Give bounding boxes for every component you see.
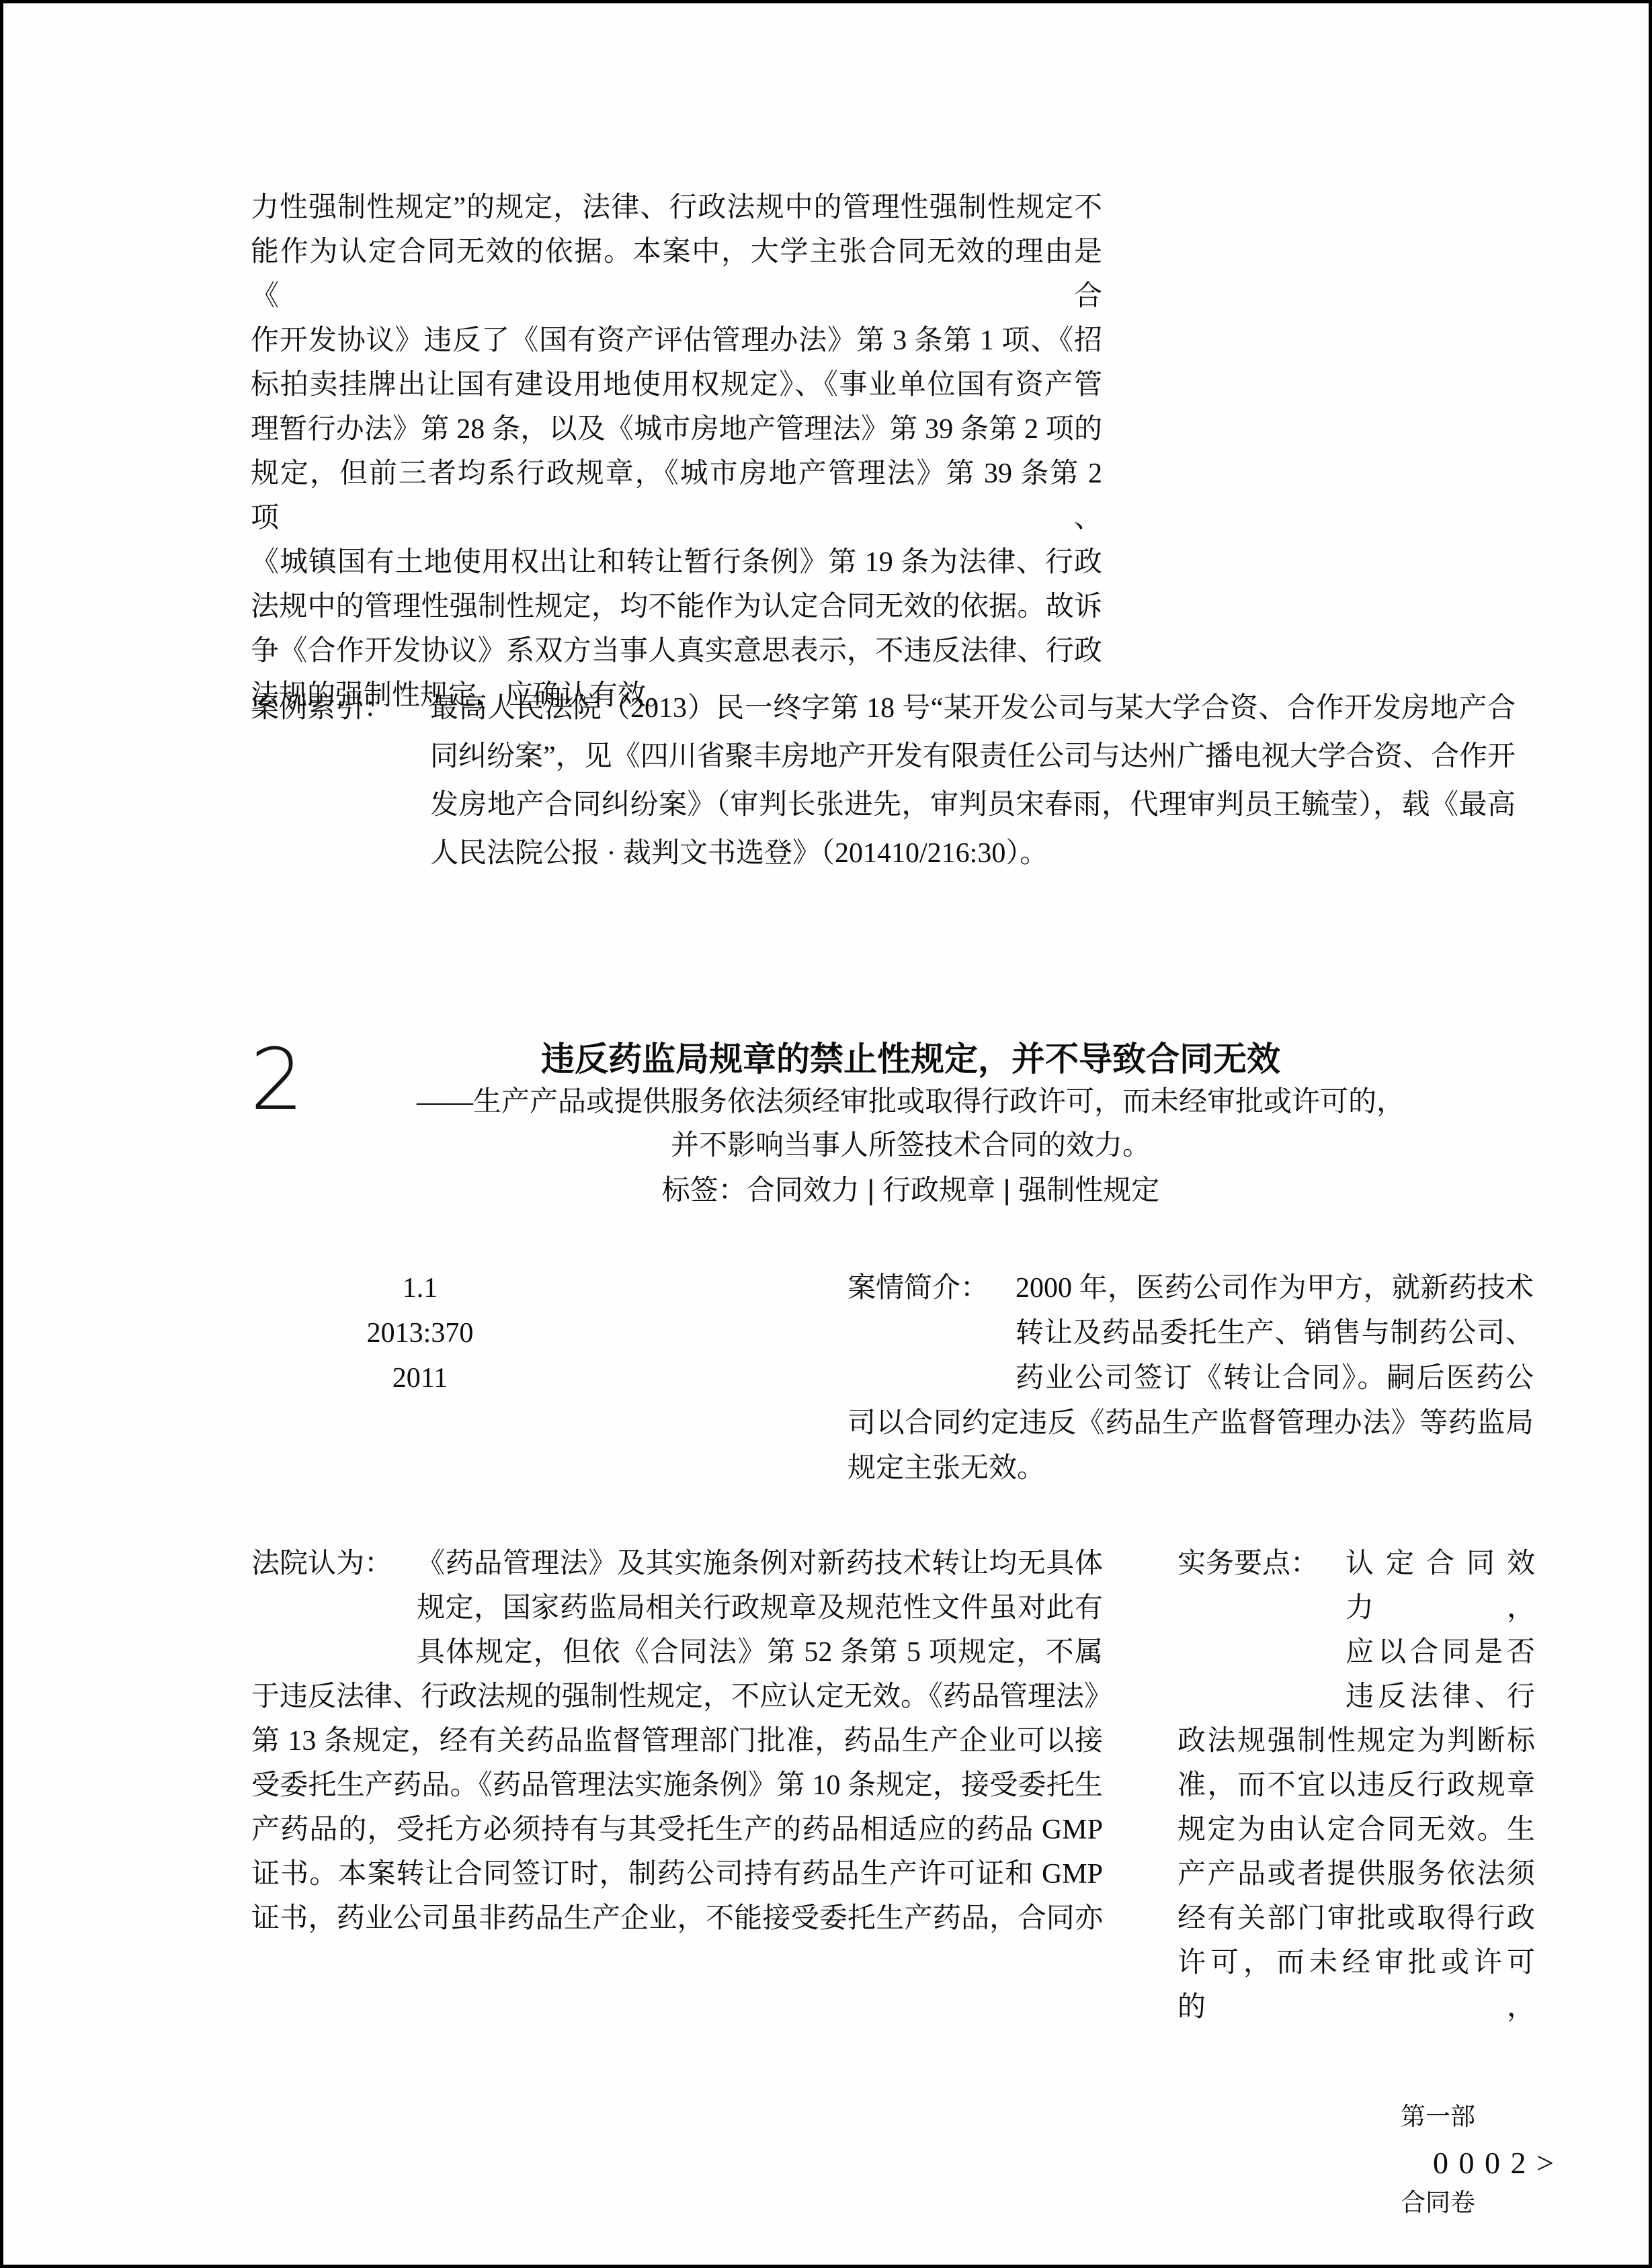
- section-tags: 标签：合同效力 | 行政规章 | 强制性规定: [269, 1168, 1553, 1212]
- footer-part-label: 第一部: [1401, 2102, 1475, 2133]
- practice-points-line: 政法规强制性规定为判断标: [1178, 1719, 1535, 1763]
- case-brief-line: 司以合同约定违反《药品生产监督管理办法》等药监局: [848, 1401, 1534, 1446]
- court-opinion-line: 受委托生产药品。《药品管理法实施条例》第 10 条规定，接受委托生: [251, 1763, 1103, 1808]
- case-ref-number: 2011: [319, 1356, 521, 1401]
- court-opinion-line: 产药品的，受托方必须持有与其受托生产的药品相适应的药品 GMP: [251, 1808, 1103, 1852]
- footer-volume-label: 合同卷: [1401, 2188, 1475, 2219]
- court-opinion-line: 于违反法律、行政法规的强制性规定，不应认定无效。《药品管理法》: [251, 1675, 1103, 1719]
- case-index-line: 同纠纷案”，见《四川省聚丰房地产开发有限责任公司与达州广播电视大学合资、合作开: [430, 732, 1516, 781]
- paragraph-line: 《城镇国有土地使用权出让和转让暂行条例》第 19 条为法律、行政: [251, 540, 1102, 585]
- case-brief-line: 规定主张无效。: [848, 1446, 1534, 1491]
- court-opinion-line: 《药品管理法》及其实施条例对新药技术转让均无具体: [251, 1542, 1103, 1586]
- court-opinion-line: 证书，药业公司虽非药品生产企业，不能接受委托生产药品，合同亦: [251, 1896, 1103, 1941]
- practice-points-line: 认定合同效力，: [1178, 1542, 1535, 1630]
- case-brief-line: 药业公司签订《转让合同》。嗣后医药公: [848, 1356, 1534, 1401]
- paragraph-line: 力性强制性规定”的规定，法律、行政法规中的管理性强制性规定不: [251, 185, 1102, 230]
- court-opinion-line: 规定，国家药监局相关行政规章及规范性文件虽对此有: [251, 1586, 1103, 1630]
- court-opinion-line: 证书。本案转让合同签订时，制药公司持有药品生产许可证和 GMP: [251, 1852, 1103, 1896]
- case-reference-numbers: 1.1 2013:370 2011: [319, 1266, 521, 1401]
- paragraph-line: 规定，但前三者均系行政规章，《城市房地产管理法》第 39 条第 2 项、: [251, 452, 1102, 540]
- case-brief-line: 2000 年，医药公司作为甲方，就新药技术: [848, 1266, 1534, 1311]
- case-ref-number: 2013:370: [319, 1311, 521, 1356]
- book-page: 力性强制性规定”的规定，法律、行政法规中的管理性强制性规定不 能作为认定合同无效…: [0, 0, 1652, 2268]
- practice-points-line: 产产品或者提供服务依法须: [1178, 1852, 1535, 1896]
- section-heading: 违反药监局规章的禁止性规定，并不导致合同无效 ——生产产品或提供服务依法须经审批…: [269, 1038, 1553, 1212]
- practice-points-line: 应以合同是否: [1178, 1630, 1535, 1675]
- practice-points-line: 规定为由认定合同无效。生: [1178, 1808, 1535, 1852]
- paragraph-line: 理暂行办法》第 28 条，以及《城市房地产管理法》第 39 条第 2 项的: [251, 407, 1102, 452]
- case-index-label: 案例索引：: [251, 684, 392, 732]
- case-brief-line: 转让及药品委托生产、销售与制药公司、: [848, 1311, 1534, 1356]
- case-index-line: 人民法院公报 · 裁判文书选登》（201410/216:30）。: [430, 829, 1516, 878]
- footer-page-number: 0 0 0 2 >: [1433, 2145, 1555, 2181]
- practice-points-line: 准，而不宜以违反行政规章: [1178, 1763, 1535, 1808]
- section-subtitle-line1: ——生产产品或提供服务依法须经审批或取得行政许可，而未经审批或许可的，: [269, 1081, 1553, 1124]
- case-index-line: 最高人民法院（2013）民一终字第 18 号“某开发公司与某大学合资、合作开发房…: [430, 684, 1516, 732]
- paragraph-line: 标拍卖挂牌出让国有建设用地使用权规定》、《事业单位国有资产管: [251, 363, 1102, 407]
- case-ref-number: 1.1: [319, 1266, 521, 1311]
- paragraph-line: 法规中的管理性强制性规定，均不能作为认定合同无效的依据。故诉: [251, 585, 1102, 629]
- practice-points-line: 经有关部门审批或取得行政: [1178, 1896, 1535, 1941]
- paragraph-line: 作开发协议》违反了《国有资产评估管理办法》第 3 条第 1 项、《招: [251, 319, 1102, 363]
- case-brief-content: 2000 年，医药公司作为甲方，就新药技术 转让及药品委托生产、销售与制药公司、…: [848, 1266, 1534, 1491]
- continuation-paragraph: 力性强制性规定”的规定，法律、行政法规中的管理性强制性规定不 能作为认定合同无效…: [251, 185, 1102, 718]
- court-opinion-line: 第 13 条规定，经有关药品监督管理部门批准，药品生产企业可以接: [251, 1719, 1103, 1763]
- practice-points-line: 违反法律、行: [1178, 1675, 1535, 1719]
- case-index-line: 发房地产合同纠纷案》（审判长张进先，审判员宋春雨，代理审判员王毓莹），载《最高: [430, 781, 1516, 829]
- section-title: 违反药监局规章的禁止性规定，并不导致合同无效: [269, 1038, 1553, 1081]
- practice-points-content: 认定合同效力， 应以合同是否 违反法律、行 政法规强制性规定为判断标 准，而不宜…: [1178, 1542, 1535, 2029]
- court-opinion-content: 《药品管理法》及其实施条例对新药技术转让均无具体 规定，国家药监局相关行政规章及…: [251, 1542, 1103, 1941]
- section-subtitle-line2: 并不影响当事人所签技术合同的效力。: [269, 1124, 1553, 1168]
- court-opinion-line: 具体规定，但依《合同法》第 52 条第 5 项规定，不属: [251, 1630, 1103, 1675]
- paragraph-line: 能作为认定合同无效的依据。本案中，大学主张合同无效的理由是《合: [251, 230, 1102, 319]
- paragraph-line: 争《合作开发协议》系双方当事人真实意思表示，不违反法律、行政: [251, 629, 1102, 673]
- practice-points-line: 许可，而未经审批或许可的，: [1178, 1941, 1535, 2029]
- case-index-content: 最高人民法院（2013）民一终字第 18 号“某开发公司与某大学合资、合作开发房…: [430, 684, 1516, 878]
